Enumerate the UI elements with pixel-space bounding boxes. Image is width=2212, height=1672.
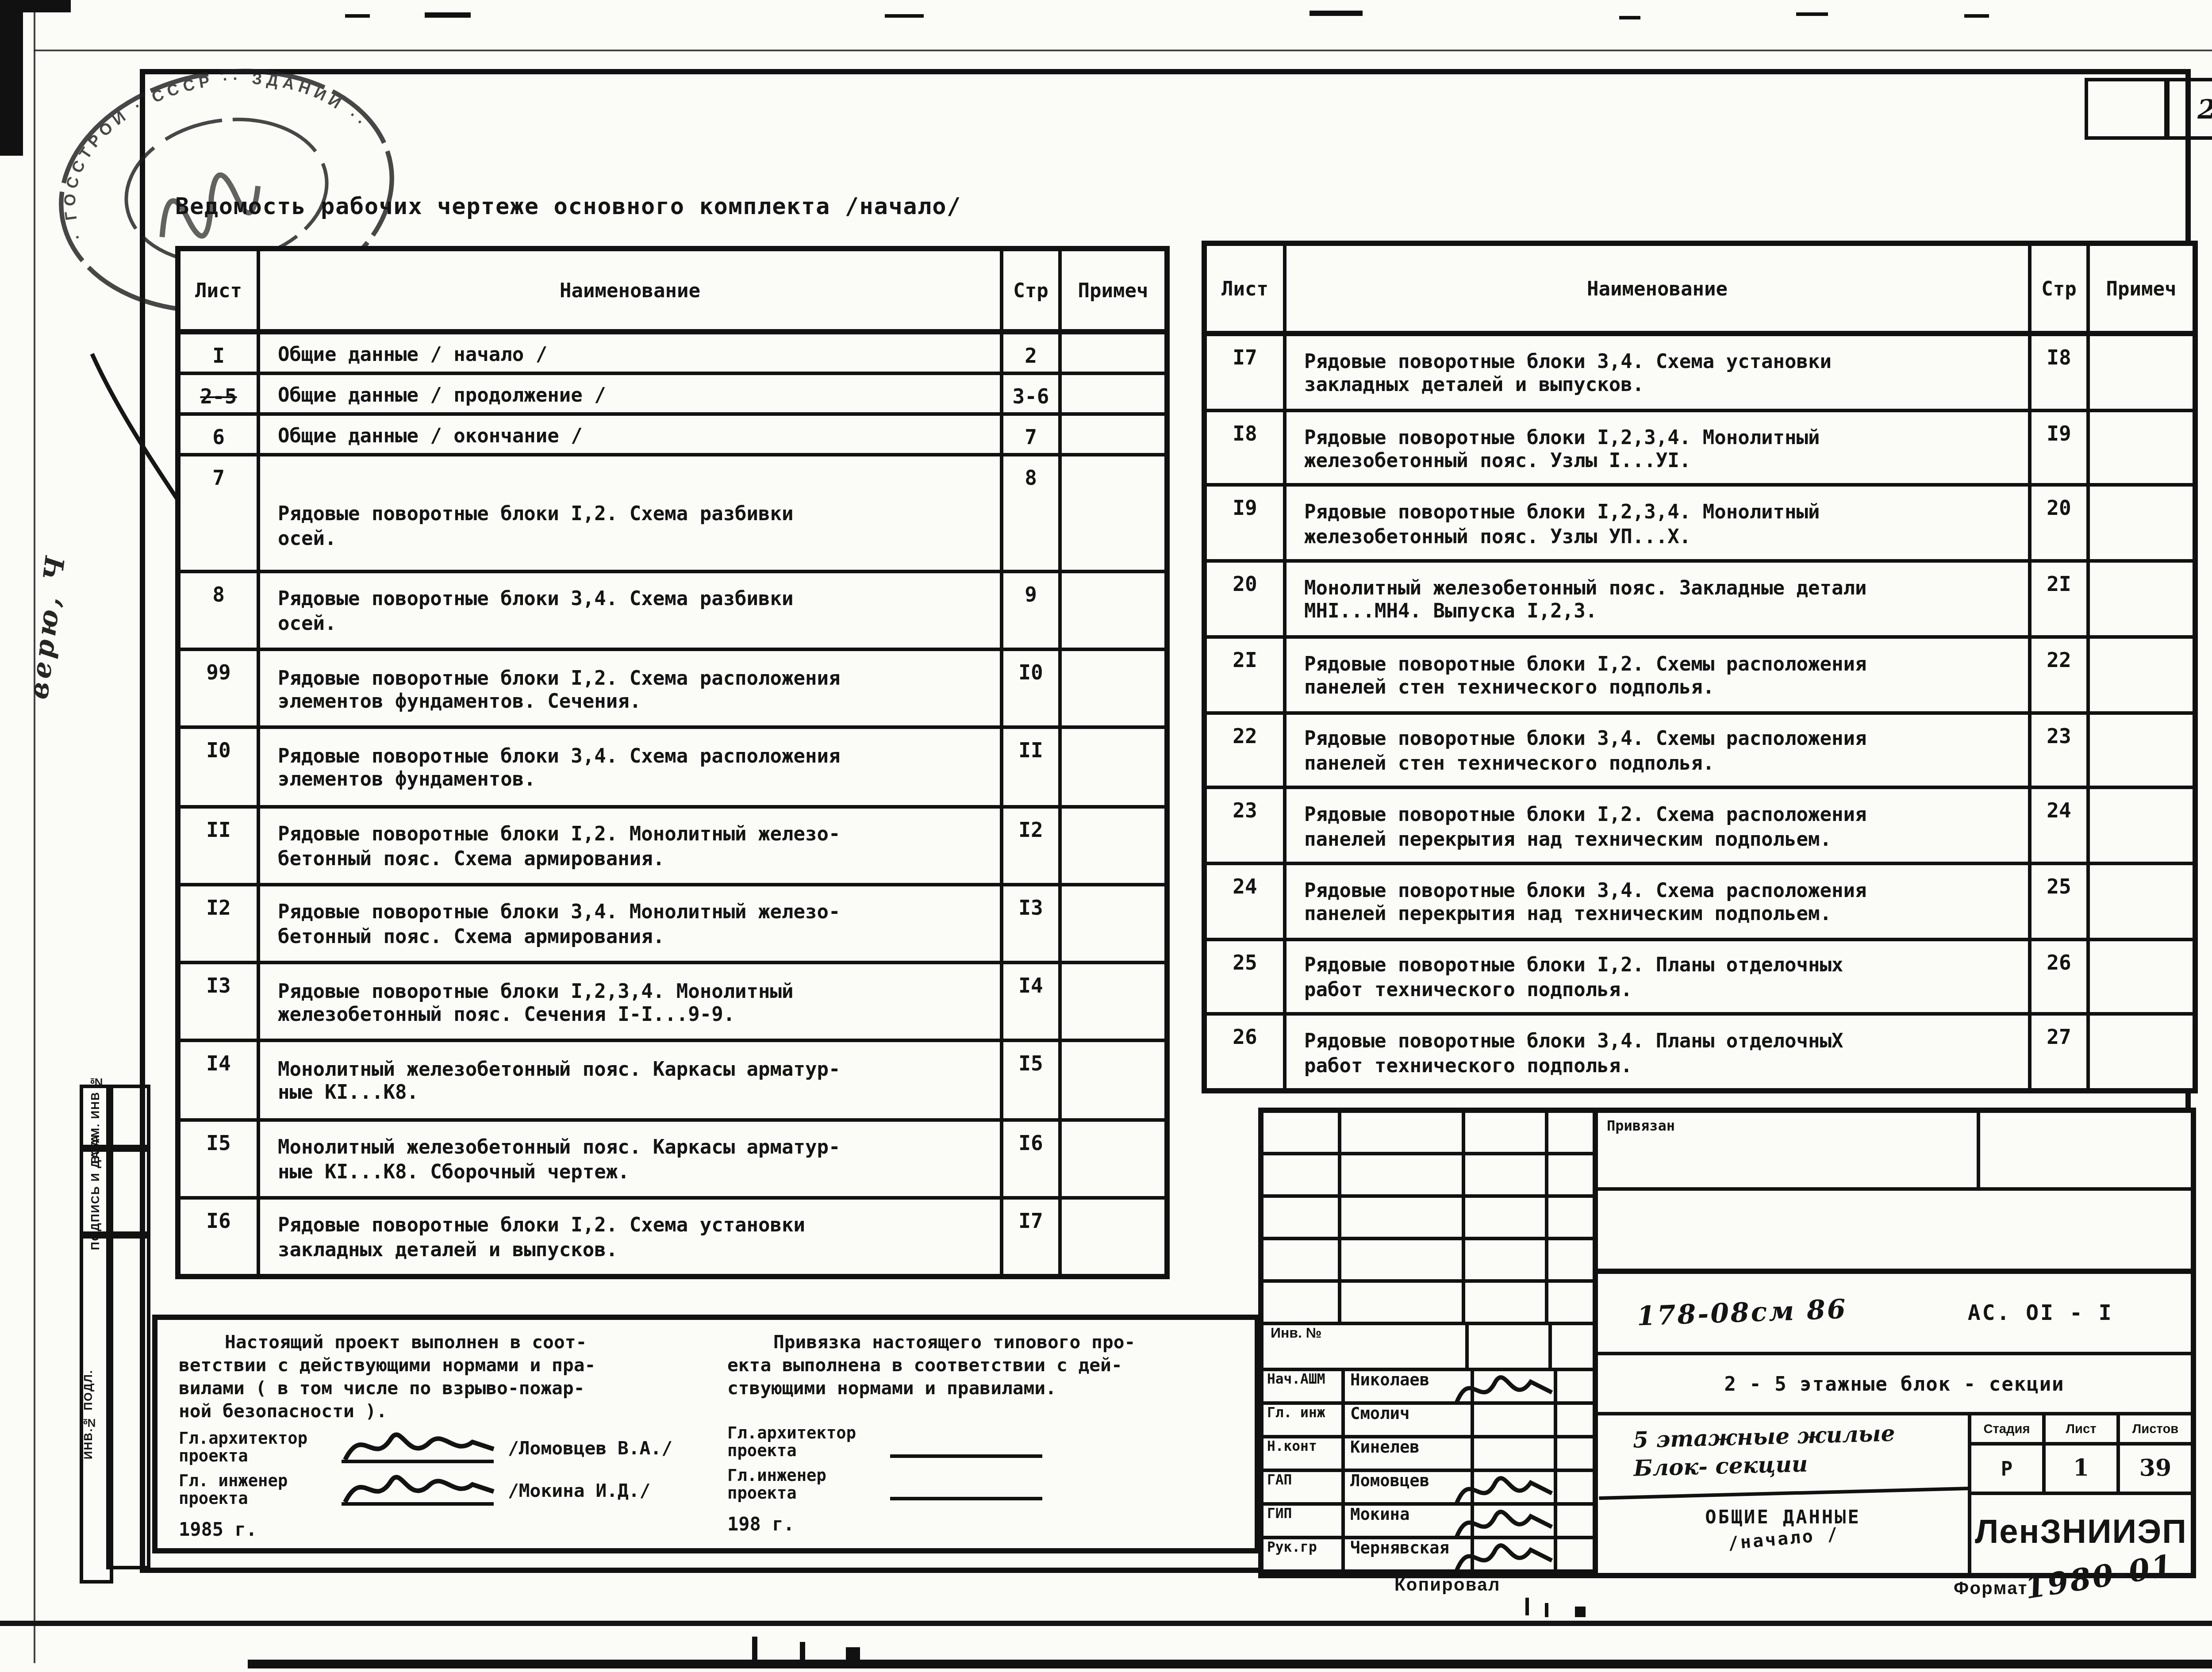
cell-page-number: II <box>1003 729 1062 804</box>
cell-drawing-name: Общие данные / начало / <box>260 334 1003 372</box>
cell-page-number: 26 <box>2032 941 2090 1013</box>
notes-left-signatures: Гл.архитектор проекта /Ломовцев В.А./ Гл… <box>179 1428 695 1513</box>
cell-note <box>1062 886 1164 961</box>
signer-row: Рук.гр Чернявская <box>1263 1539 1593 1573</box>
drawing-name-text: Общие данные / продолжение / <box>278 384 989 408</box>
drawing-name-text: Рядовые поворотные блоки 3,4. Схема расп… <box>278 745 989 793</box>
binding-header-row: Привязан <box>1598 1113 2191 1191</box>
scan-artifact <box>0 0 71 12</box>
notes-year: 198 г. <box>727 1515 1244 1536</box>
page-number-empty-cell <box>2084 78 2169 140</box>
col-header-sheet: Лист <box>1207 246 1286 331</box>
cell-sheet-number: 99 <box>180 651 260 726</box>
title-block-empty-row <box>1263 1155 1593 1198</box>
cell-note <box>2090 1016 2193 1088</box>
cell-drawing-name: Общие данные / продолжение / <box>260 376 1003 413</box>
title-block-empty-row <box>1263 1198 1593 1240</box>
scan-artifact <box>1575 1607 1586 1617</box>
table-row: 8 Рядовые поворотные блоки 3,4. Схема ра… <box>180 573 1164 651</box>
cell-sheet-number: 8 <box>180 573 260 648</box>
scan-artifact <box>1310 11 1363 16</box>
table-row: I2 Рядовые поворотные блоки 3,4. Монолит… <box>180 886 1164 964</box>
signature-squiggle <box>338 1463 501 1516</box>
table-row: 7 Рядовые поворотные блоки I,2. Схема ра… <box>180 457 1164 573</box>
cell-drawing-name: Рядовые поворотные блоки 3,4. Схемы расп… <box>1286 714 2032 786</box>
scan-artifact <box>425 12 471 18</box>
title-block: Инв. № Нач.АШМ Николаев Гл. инж Смолич <box>1258 1108 2196 1578</box>
cell-note <box>1062 729 1164 804</box>
cell-drawing-name: Рядовые поворотные блоки 3,4. Схема разб… <box>260 573 1003 648</box>
table-row: 99 Рядовые поворотные блоки I,2. Схема р… <box>180 651 1164 729</box>
document-title: Ведомость рабочих чертеже основного комп… <box>175 195 1237 223</box>
signer-role: Гл. инженер проекта <box>179 1474 338 1509</box>
sheet-edge-top <box>34 50 2212 51</box>
table-row: I4 Монолитный железобетонный пояс. Карка… <box>180 1043 1164 1121</box>
cell-note <box>1062 1043 1164 1117</box>
cell-note <box>1062 1121 1164 1196</box>
scan-artifact <box>1545 1603 1548 1617</box>
table-row: I0 Рядовые поворотные блоки 3,4. Схема р… <box>180 729 1164 808</box>
cell-sheet-number: 24 <box>1207 865 1286 937</box>
title-block-right: Привязан 178-08см 86 АС. ОI - I 2 - 5 эт… <box>1598 1113 2191 1573</box>
inventory-number-label: Инв. № <box>1263 1325 1469 1368</box>
col-header-name: Наименование <box>260 251 1003 329</box>
signer-name: /Мокина И.Д./ <box>508 1481 650 1502</box>
cell-page-number: 22 <box>2032 638 2090 710</box>
cell-page-number: I7 <box>1003 1199 1062 1274</box>
scan-artifact <box>846 1647 860 1660</box>
table-row: II Рядовые поворотные блоки I,2. Монолит… <box>180 808 1164 886</box>
table-row: I9 Рядовые поворотные блоки I,2,3,4. Мон… <box>1207 487 2193 563</box>
signature-row: Гл.инженер проекта <box>727 1465 1244 1507</box>
scan-artifact <box>800 1642 805 1660</box>
title-block-empty-row <box>1263 1283 1593 1325</box>
cell-sheet-number: II <box>180 808 260 882</box>
notes-left-column: Настоящий проект выполнен в соот- ветств… <box>157 1320 706 1548</box>
table-row: 6 Общие данные / окончание / 7 <box>180 416 1164 457</box>
signer-row: Нач.АШМ Николаев <box>1263 1371 1593 1405</box>
cell-note <box>1062 964 1164 1039</box>
signature-area <box>887 1465 1056 1507</box>
stage-values-row: Р 1 39 <box>1971 1446 2191 1495</box>
table-header: Лист Наименование Стр Примеч <box>180 251 1164 334</box>
stage-value: Р <box>1971 1446 2046 1492</box>
document-code-handwritten: 178-08см 86 <box>1636 1293 1848 1333</box>
drawing-name-text: Монолитный железобетонный пояс. Закладны… <box>1304 577 2017 625</box>
scan-artifact <box>1619 16 1640 19</box>
table-row: 23 Рядовые поворотные блоки I,2. Схема р… <box>1207 790 2193 865</box>
drawing-name-text: Рядовые поворотные блоки 3,4. Схема разб… <box>278 588 989 636</box>
drawing-name-text: Рядовые поворотные блоки I,2. Схема расп… <box>1304 803 2017 851</box>
cell-page-number: 25 <box>2032 865 2090 937</box>
cell-sheet-number: I <box>180 334 260 372</box>
cell-drawing-name: Рядовые поворотные блоки I,2. Схема разб… <box>260 457 1003 570</box>
scan-artifact <box>1796 12 1828 16</box>
signer-role: Рук.гр <box>1263 1539 1345 1569</box>
drawing-name-text: Общие данные / окончание / <box>278 425 989 449</box>
table-header: Лист Наименование Стр Примеч <box>1207 246 2193 336</box>
cell-drawing-name: Рядовые поворотные блоки 3,4. Схема расп… <box>1286 865 2032 937</box>
cell-page-number: 2I <box>2032 563 2090 635</box>
title-block-bottom: 5 этажные жилые Блок- секции ОБЩИЕ ДАННЫ… <box>1598 1415 2191 1573</box>
drawing-name-text: Рядовые поворотные блоки 3,4. Планы отде… <box>1304 1030 2017 1078</box>
scan-artifact <box>1964 14 1989 18</box>
cell-page-number: 9 <box>1003 573 1062 648</box>
sheets-label: Листов <box>2120 1415 2191 1442</box>
col-header-note: Примеч <box>2090 246 2193 331</box>
cell-drawing-name: Рядовые поворотные блоки 3,4. Схема расп… <box>260 729 1003 804</box>
notes-block: Настоящий проект выполнен в соот- ветств… <box>152 1315 1260 1553</box>
notes-right-column: Привязка настоящего типового про- екта в… <box>706 1320 1255 1548</box>
drawing-name-text: Рядовые поворотные блоки I,2. Схема разб… <box>278 479 989 551</box>
cell-page-number: 2 <box>1003 334 1062 372</box>
drawing-name-text: Монолитный железобетонный пояс. Каркасы … <box>278 1136 989 1184</box>
title-block-signers: Нач.АШМ Николаев Гл. инж Смолич <box>1263 1371 1593 1573</box>
cell-drawing-name: Рядовые поворотные блоки I,2. Монолитный… <box>260 808 1003 882</box>
table-row: 22 Рядовые поворотные блоки 3,4. Схемы р… <box>1207 714 2193 790</box>
cell-note <box>1062 1199 1164 1274</box>
compliance-note: Настоящий проект выполнен в соот- ветств… <box>179 1332 695 1424</box>
drawing-name-text: Рядовые поворотные блоки 3,4. Монолитный… <box>278 901 989 949</box>
cell-page-number: 8 <box>1003 457 1062 570</box>
scan-artifact <box>345 14 370 18</box>
cell-note <box>2090 714 2193 786</box>
sheet-bottom-rule <box>0 1621 2212 1626</box>
cell-page-number: 23 <box>2032 714 2090 786</box>
margin-box-empty <box>106 1145 150 1239</box>
title-block-empty-row <box>1263 1113 1593 1155</box>
signer-date-cell <box>1557 1371 1593 1401</box>
cell-note <box>1062 334 1164 372</box>
format-label: Формат <box>1954 1580 2028 1599</box>
table-row: 25 Рядовые поворотные блоки I,2. Планы о… <box>1207 941 2193 1016</box>
drawing-name-text: Рядовые поворотные блоки I,2. Планы отде… <box>1304 955 2017 1002</box>
signature-line <box>890 1497 1042 1500</box>
binding-label: Привязан <box>1598 1113 1980 1187</box>
cell-sheet-number: I6 <box>180 1199 260 1274</box>
drawing-name-text: Рядовые поворотные блоки I,2,3,4. Моноли… <box>1304 426 2017 473</box>
table-row: 20 Монолитный железобетонный пояс. Закла… <box>1207 563 2193 638</box>
cell-page-number: I5 <box>1003 1043 1062 1117</box>
cell-page-number: 27 <box>2032 1016 2090 1088</box>
sheet-edge-left <box>34 12 35 1663</box>
cell-sheet-number: 6 <box>180 416 260 454</box>
signer-date-cell <box>1557 1506 1593 1536</box>
cell-sheet-number: 23 <box>1207 790 1286 862</box>
title-block-left-grid: Инв. № Нач.АШМ Николаев Гл. инж Смолич <box>1263 1113 1598 1573</box>
cell-note <box>2090 336 2193 408</box>
cell-sheet-number: 26 <box>1207 1016 1286 1088</box>
cell-page-number: 7 <box>1003 416 1062 454</box>
table-row: I8 Рядовые поворотные блоки I,2,3,4. Мон… <box>1207 412 2193 487</box>
margin-label: ИНВ.№ ПОДЛ. <box>83 1369 96 1459</box>
cell-sheet-number: I4 <box>180 1043 260 1117</box>
col-header-note: Примеч <box>1062 251 1164 329</box>
cell-sheet-number: 20 <box>1207 563 1286 635</box>
stage-label: Стадия <box>1971 1415 2046 1442</box>
stage-header-row: Стадия Лист Листов <box>1971 1415 2191 1446</box>
signer-role: Гл. инж <box>1263 1405 1345 1435</box>
cell-drawing-name: Рядовые поворотные блоки I,2. Схема расп… <box>260 651 1003 726</box>
table-row: I7 Рядовые поворотные блоки 3,4. Схема у… <box>1207 336 2193 412</box>
sheet-title: ОБЩИЕ ДАННЫЕ <box>1598 1507 1968 1529</box>
cell-note <box>2090 487 2193 560</box>
page-number-box: 2 <box>2088 78 2212 140</box>
document-codes-row: 178-08см 86 АС. ОI - I <box>1598 1274 2191 1355</box>
cell-note <box>1062 457 1164 570</box>
drawing-name-text: Общие данные / начало / <box>278 343 989 367</box>
table-row: 26 Рядовые поворотные блоки 3,4. Планы о… <box>1207 1016 2193 1088</box>
signer-role: Гл.архитектор проекта <box>179 1432 338 1466</box>
cell-drawing-name: Монолитный железобетонный пояс. Каркасы … <box>260 1121 1003 1196</box>
drawing-name-text: Рядовые поворотные блоки 3,4. Схемы расп… <box>1304 728 2017 775</box>
cell-drawing-name: Рядовые поворотные блоки I,2. Схема уста… <box>260 1199 1003 1274</box>
drawing-name-text: Рядовые поворотные блоки I,2. Схема расп… <box>278 667 989 714</box>
cell-drawing-name: Рядовые поворотные блоки I,2,3,4. Моноли… <box>1286 412 2032 484</box>
table-row: 2I Рядовые поворотные блоки I,2. Схемы р… <box>1207 638 2193 714</box>
drawing-name-text: Рядовые поворотные блоки I,2,3,4. Моноли… <box>1304 501 2017 549</box>
drawing-name-text: Рядовые поворотные блоки 3,4. Схема расп… <box>1304 879 2017 927</box>
cell-drawing-name: Монолитный железобетонный пояс. Закладны… <box>1286 563 2032 635</box>
cell-sheet-number: I8 <box>1207 412 1286 484</box>
cell-drawing-name: Рядовые поворотные блоки I,2. Схема расп… <box>1286 790 2032 862</box>
notes-right-signatures: Гл.архитектор проекта Гл.инженер проекта <box>727 1423 1244 1507</box>
signature-row: Гл. инженер проекта /Мокина И.Д./ <box>179 1470 695 1513</box>
cell-drawing-name: Рядовые поворотные блоки I,2. Схемы расп… <box>1286 638 2032 710</box>
cell-sheet-number: 25 <box>1207 941 1286 1013</box>
cell-drawing-name: Рядовые поворотные блоки I,2,3,4. Моноли… <box>1286 487 2032 560</box>
cell-drawing-name: Рядовые поворотные блоки 3,4. Монолитный… <box>260 886 1003 961</box>
copied-label: Копировал <box>1394 1576 1501 1596</box>
signer-role: Гл.инженер проекта <box>727 1469 887 1503</box>
signer-role: ГИП <box>1263 1506 1345 1536</box>
drawing-name-text: Рядовые поворотные блоки I,2. Схемы расп… <box>1304 652 2017 700</box>
sheet-code: АС. ОI - I <box>1968 1300 2113 1325</box>
table-row: I3 Рядовые поворотные блоки I,2,3,4. Мон… <box>180 964 1164 1043</box>
signature-area <box>887 1423 1056 1465</box>
cell-note <box>2090 865 2193 937</box>
table-row: I6 Рядовые поворотные блоки I,2. Схема у… <box>180 1199 1164 1274</box>
cell-page-number: I8 <box>2032 336 2090 408</box>
cell-note <box>1062 573 1164 648</box>
cell-note <box>2090 941 2193 1013</box>
cell-page-number: 3-6 <box>1003 376 1062 413</box>
object-title-handwritten: 5 этажные жилые Блок- секции <box>1597 1411 1969 1500</box>
cell-sheet-number: 2-5 <box>180 376 260 413</box>
sheet-subtitle: /начало / <box>1706 1524 1860 1557</box>
signer-name: /Ломовцев В.А./ <box>508 1438 672 1460</box>
cell-page-number: I2 <box>1003 808 1062 882</box>
page-number: 2 <box>2197 93 2212 125</box>
col-header-page: Стр <box>1003 251 1062 329</box>
title-block-bottom-left: 5 этажные жилые Блок- секции ОБЩИЕ ДАННЫ… <box>1598 1415 1971 1573</box>
cell-sheet-number: I9 <box>1207 487 1286 560</box>
cell-drawing-name: Рядовые поворотные блоки I,2,3,4. Моноли… <box>260 964 1003 1039</box>
table-row: 2-5 Общие данные / продолжение / 3-6 <box>180 376 1164 417</box>
signer-role: ГАП <box>1263 1472 1345 1502</box>
cell-drawing-name: Рядовые поворотные блоки 3,4. Планы отде… <box>1286 1016 2032 1088</box>
cell-note <box>2090 412 2193 484</box>
drawing-index-table-left: Лист Наименование Стр Примеч I Общие дан… <box>175 246 1170 1279</box>
cell-page-number: 20 <box>2032 487 2090 560</box>
signature-line <box>890 1454 1042 1458</box>
cell-note <box>2090 638 2193 710</box>
scan-artifact <box>0 0 23 156</box>
cell-drawing-name: Рядовые поворотные блоки 3,4. Схема уста… <box>1286 336 2032 408</box>
cell-page-number: 24 <box>2032 790 2090 862</box>
cell-drawing-name: Общие данные / окончание / <box>260 416 1003 454</box>
cell-note <box>1062 651 1164 726</box>
cell-page-number: I3 <box>1003 886 1062 961</box>
cell-page-number: I0 <box>1003 651 1062 726</box>
scan-artifact <box>885 14 924 18</box>
col-header-page: Стр <box>2032 246 2090 331</box>
cell-sheet-number: 22 <box>1207 714 1286 786</box>
binding-note: Привязка настоящего типового про- екта в… <box>727 1332 1244 1401</box>
drawing-name-text: Рядовые поворотные блоки I,2,3,4. Моноли… <box>278 980 989 1028</box>
table-row: 24 Рядовые поворотные блоки 3,4. Схема р… <box>1207 865 2193 941</box>
title-block-spacer-band <box>1598 1191 2191 1274</box>
cell-drawing-name: Монолитный железобетонный пояс. Каркасы … <box>260 1043 1003 1117</box>
table-row: I Общие данные / начало / 2 <box>180 334 1164 376</box>
drawing-name-text: Рядовые поворотные блоки I,2. Схема уста… <box>278 1215 989 1262</box>
cell-note <box>1062 416 1164 454</box>
cell-page-number: I9 <box>2032 412 2090 484</box>
drawing-name-text: Рядовые поворотные блоки I,2. Монолитный… <box>278 823 989 871</box>
notes-year: 1985 г. <box>179 1520 695 1541</box>
scanned-drawing-sheet: · ГОССТРОЙ · СССР ·· ЗДАНИЙ ·· верю, Ч 2… <box>0 0 2212 1672</box>
cell-sheet-number: I0 <box>180 729 260 804</box>
cell-drawing-name: Рядовые поворотные блоки I,2. Планы отде… <box>1286 941 2032 1013</box>
cell-sheet-number: I2 <box>180 886 260 961</box>
signer-role: Гл.архитектор проекта <box>727 1427 887 1461</box>
signer-signature-cell <box>1474 1405 1557 1435</box>
series-title-row: 2 - 5 этажные блок - секции <box>1598 1355 2191 1415</box>
drawing-index-table-right: Лист Наименование Стр Примеч I7 Рядовые … <box>1202 241 2198 1093</box>
signer-row: Гл. инж Смолич <box>1263 1405 1593 1438</box>
cell-sheet-number: I5 <box>180 1121 260 1196</box>
table-row: I5 Монолитный железобетонный пояс. Карка… <box>180 1121 1164 1199</box>
sheet-title-cell: ОБЩИЕ ДАННЫЕ /начало / <box>1598 1495 1968 1573</box>
title-block-bottom-right: Стадия Лист Листов Р 1 39 ЛенЗНИИЭП <box>1971 1415 2191 1573</box>
cell-page-number: I4 <box>1003 964 1062 1039</box>
right-table-body: I7 Рядовые поворотные блоки 3,4. Схема у… <box>1207 336 2193 1088</box>
signature-area <box>338 1470 508 1513</box>
cell-page-number: I6 <box>1003 1121 1062 1196</box>
cell-sheet-number: I3 <box>180 964 260 1039</box>
margin-box-empty <box>106 1085 150 1152</box>
signer-date-cell <box>1557 1539 1593 1569</box>
signer-role: Н.конт <box>1263 1438 1345 1469</box>
signer-role: Нач.АШМ <box>1263 1371 1345 1401</box>
signer-date-cell <box>1557 1472 1593 1502</box>
col-header-sheet: Лист <box>180 251 260 329</box>
margin-box-empty <box>106 1231 150 1569</box>
signer-date-cell <box>1557 1438 1593 1469</box>
scan-artifact <box>1525 1598 1529 1615</box>
cell-note <box>2090 790 2193 862</box>
cell-note <box>1062 376 1164 413</box>
cell-sheet-number: 2I <box>1207 638 1286 710</box>
signer-date-cell <box>1557 1405 1593 1435</box>
sheets-total-value: 39 <box>2120 1446 2191 1492</box>
sheet-number-value: 1 <box>2046 1446 2120 1492</box>
binding-empty-cell <box>1980 1113 2191 1187</box>
page-number-cell: 2 <box>2164 78 2212 140</box>
drawing-name-text: Монолитный железобетонный пояс. Каркасы … <box>278 1058 989 1106</box>
cell-note <box>1062 808 1164 882</box>
scan-artifact <box>248 1660 2212 1668</box>
cell-sheet-number: 7 <box>180 457 260 570</box>
title-block-empty-row <box>1263 1240 1593 1283</box>
col-header-name: Наименование <box>1286 246 2032 331</box>
signature-row: Гл.архитектор проекта <box>727 1423 1244 1465</box>
left-table-body: I Общие данные / начало / 2 2-5 Общие да… <box>180 334 1164 1274</box>
cell-sheet-number: I7 <box>1207 336 1286 408</box>
drawing-name-text: Рядовые поворотные блоки 3,4. Схема уста… <box>1304 350 2017 398</box>
signer-name: Смолич <box>1345 1405 1474 1435</box>
cell-note <box>2090 563 2193 635</box>
scan-artifact <box>752 1637 757 1661</box>
sheet-label: Лист <box>2046 1415 2120 1442</box>
